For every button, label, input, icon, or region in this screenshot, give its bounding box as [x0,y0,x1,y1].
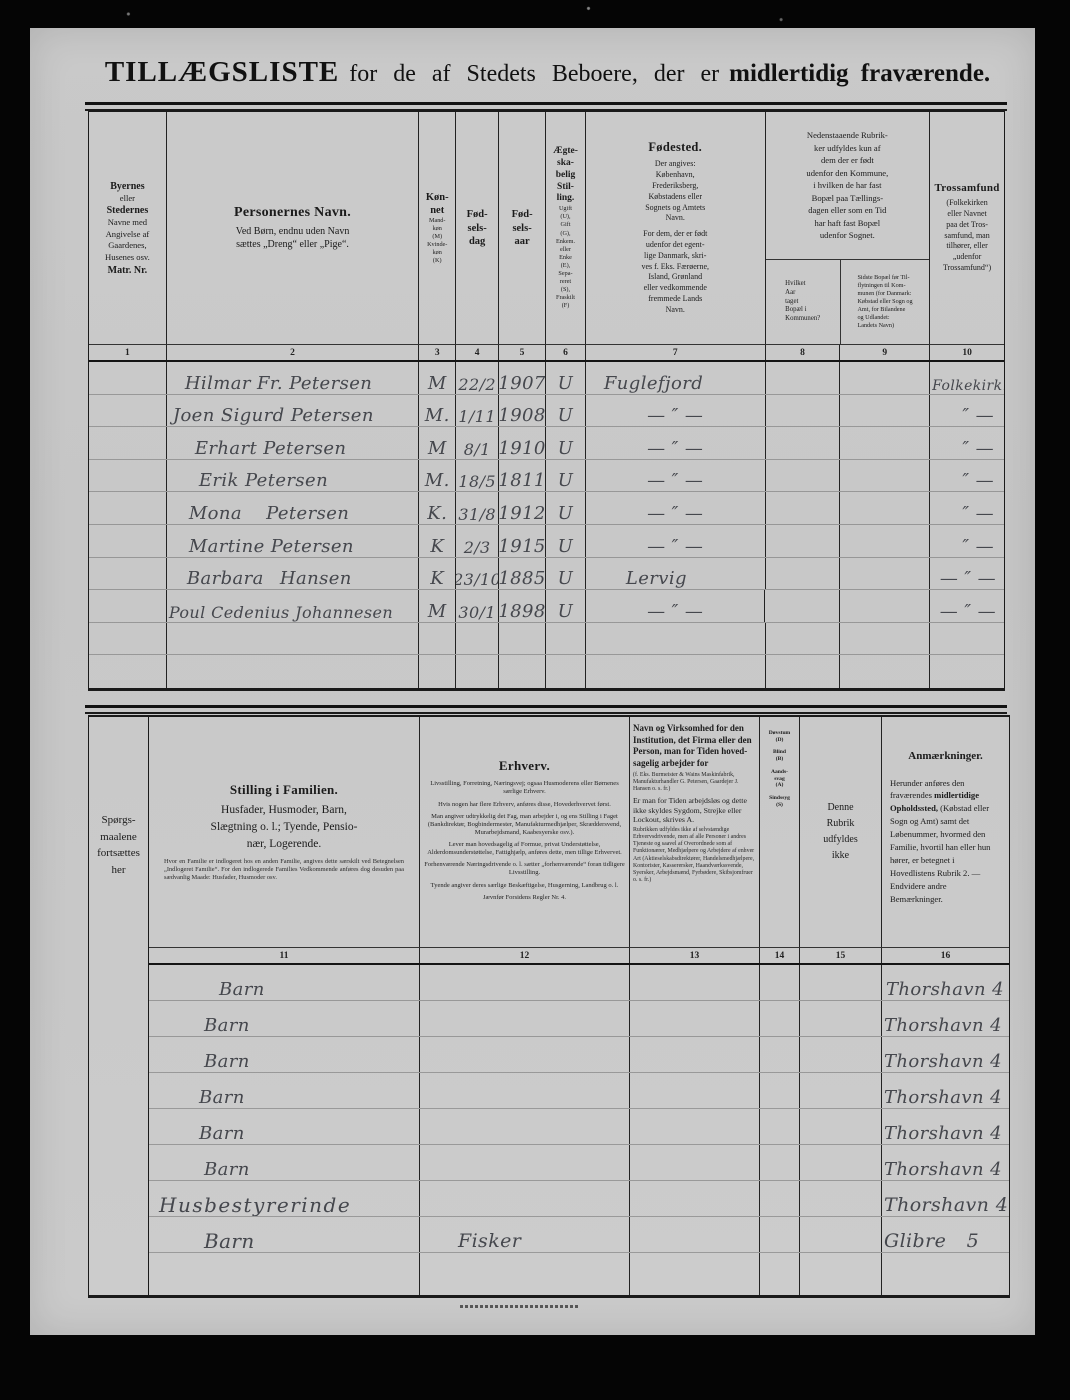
header-place-stedernes: Stedernes [107,204,149,217]
section-divider-rule [85,705,1007,714]
cell-res-last [839,362,929,394]
cell-disability [759,965,799,1000]
cell-position: Barn [149,1073,419,1108]
header-sex: Køn- net Mand- køn (M) Kvinde- køn (K) [418,112,455,344]
cell-faith: — ″ — [929,590,1004,622]
colnum-11: 11 [149,948,419,963]
cell-unused [799,965,881,1000]
cell-occupation [419,1145,629,1180]
cell-remark: Thorshavn 4 [881,1037,1009,1072]
cell-name: Hilmar Fr. Petersen [166,362,418,394]
table-row: Barn Thorshavn 4 [149,1145,1009,1181]
cell-day: 2/3 [455,525,498,557]
header-occupation-p2: Hvis nogen har flere Erhverv, anføres di… [438,801,611,809]
paper-sheet: TILLÆGSLISTE for de af Stedets Beboere, … [30,28,1035,1335]
header-place-matrnr: Matr. Nr. [108,264,148,277]
cell-unused [799,1109,881,1144]
cell-year: 1908 [498,395,545,427]
cell-empty [498,623,545,655]
colnum-13: 13 [629,948,759,963]
cell-place [89,460,166,492]
cell-birthplace: Lervig [585,558,765,590]
cell-res-last [839,395,929,427]
cell-empty [839,655,929,688]
header-employer-intro: Navn og Virksomhed for den Institution, … [633,723,756,770]
cell-sex: M. [418,395,455,427]
cell-year: 1898 [498,590,545,622]
cell-status: U [545,558,585,590]
top-table-column-numbers: 1 2 3 4 5 6 7 8 9 10 [89,344,1004,362]
cell-remark: Thorshavn 4 [881,1109,1009,1144]
cell-occupation [419,1001,629,1036]
title-tail: midlertidig fraværende. [729,60,990,87]
cell-occupation [419,1109,629,1144]
cell-remark: Thorshavn 4 [881,965,1009,1000]
cell-unused [799,1001,881,1036]
cell-name: Barbara Hansen [166,558,418,590]
top-table-header: Byernes eller Stedernes Navne med Angive… [89,112,1004,344]
remarks-body-post: (Købstad eller Sogn og Amt) samt det Løb… [890,803,990,903]
cell-res-year [765,362,840,394]
cell-occupation [419,1181,629,1216]
cell-birthplace: — ″ — [585,590,765,622]
cell-place [89,590,166,622]
cell-name: Joen Sigurd Petersen [166,395,418,427]
cell-birthplace: — ″ — [585,492,765,524]
cell-position: Barn [149,1001,419,1036]
cell-disability [759,1217,799,1252]
cell-status: U [545,427,585,459]
table-row-empty [89,655,1004,688]
header-occupation-title: Erhverv. [499,758,550,774]
colnum-3: 3 [418,345,455,360]
header-remarks-body: Herunder anføres den fraværendes midlert… [885,777,1006,906]
cell-status: U [545,525,585,557]
title-lead: TILLÆGSLISTE [105,56,339,88]
cell-position: Barn [149,1037,419,1072]
scanned-census-page: TILLÆGSLISTE for de af Stedets Beboere, … [0,0,1070,1400]
header-name: Personernes Navn. Ved Børn, endnu uden N… [166,112,418,344]
cell-empty [759,1253,799,1295]
cell-name: Mona Petersen [166,492,418,524]
header-remarks: Anmærkninger. Herunder anføres den fravæ… [881,717,1009,947]
header-sex-sub: Mand- køn (M) Kvinde- køn (K) [427,217,447,265]
cell-year: 1907 [498,362,545,394]
cell-disability [759,1037,799,1072]
cell-employer [629,1145,759,1180]
header-name-title: Personernes Navn. [234,205,351,221]
header-disability-insane: Sindssyg (S) [769,795,790,808]
cell-birthplace: — ″ — [585,525,765,557]
header-birthplace-title: Fødested. [648,140,702,155]
table-row-empty [149,1253,1009,1295]
colnum-8: 8 [765,345,840,360]
cell-empty [881,1253,1009,1295]
table-row: Husbestyrerinde Thorshavn 4 [149,1181,1009,1217]
table-row-empty [89,623,1004,656]
cell-disability [759,1109,799,1144]
cell-empty [585,623,765,655]
cell-year: 1811 [498,460,545,492]
cell-position: Barn [149,1145,419,1180]
cell-empty [765,655,840,688]
cell-day: 30/1 [455,590,498,622]
table-row: Joen Sigurd Petersen M. 1/11 1908 U — ″ … [89,395,1004,428]
header-occupation-p4: Lever man hovedsagelig af Formue, privat… [423,841,626,857]
header-residence-last: Sidste Bopæl før Til- flytningen til Kom… [840,260,929,344]
colnum-6: 6 [545,345,585,360]
cell-empty [89,655,166,688]
cell-birthplace: Fuglefjord [585,362,765,394]
cell-place [89,395,166,427]
cell-sex: K [418,558,455,590]
cell-res-last [839,492,929,524]
cell-empty [929,623,1004,655]
cell-remark: Thorshavn 4 [881,1001,1009,1036]
cell-sex: M [418,362,455,394]
cell-sex: M [418,590,455,622]
cell-employer [629,1109,759,1144]
cell-occupation [419,1037,629,1072]
cell-sex: M. [418,460,455,492]
cell-name: Erhart Petersen [166,427,418,459]
colnum-15: 15 [799,948,881,963]
cell-res-year [765,460,840,492]
header-place-byernes: Byernes [110,180,144,193]
cell-unused [799,1217,881,1252]
cell-empty [418,623,455,655]
header-remarks-title: Anmærkninger. [908,750,982,762]
table-row: Barn Thorshavn 4 [149,1109,1009,1145]
title-middle: for de af Stedets Beboere, der er [343,61,725,87]
cell-status: U [545,590,585,622]
cell-employer [629,1037,759,1072]
header-birthday-title: Fød- sels- dag [467,208,488,247]
header-faith-sub: (Folkekirken eller Navnet paa det Tros- … [943,198,991,274]
cell-place [89,558,166,590]
cell-occupation [419,965,629,1000]
header-residence-note: Nedenstaaende Rubrik- ker udfyldes kun a… [766,112,930,260]
cell-res-last [839,460,929,492]
colnum-12: 12 [419,948,629,963]
header-employer-fine2: Rubrikken udfyldes ikke af selvstændige … [633,827,756,884]
table-row: Barn Fisker Glibre 5 [149,1217,1009,1253]
cell-place [89,362,166,394]
cell-birthplace: — ″ — [585,395,765,427]
colnum-5: 5 [498,345,545,360]
page-title: TILLÆGSLISTE for de af Stedets Beboere, … [85,56,1010,89]
cell-unused [799,1181,881,1216]
bottom-table: Spørgs- maalene fortsættes her Stilling … [88,715,1010,1298]
cell-res-last [839,590,929,622]
cell-res-year [765,492,840,524]
header-occupation-p1: Livsstilling, Forretning, Næringsvej; og… [423,780,626,796]
header-birthplace: Fødested. Der angives: København, Freder… [585,112,765,344]
header-unused-text: Denne Rubrik udfyldes ikke [823,800,857,864]
cell-day: 31/8 [455,492,498,524]
cell-disability [759,1001,799,1036]
cell-empty [498,655,545,688]
cell-empty [455,655,498,688]
table-row: Mona Petersen K. 31/8 1912 U — ″ — ″ — [89,492,1004,525]
cell-position: Barn [149,1109,419,1144]
cell-name: Martine Petersen [166,525,418,557]
table-row: Erik Petersen M. 18/5 1811 U — ″ — ″ — [89,460,1004,493]
bottom-table-header: Stilling i Familien. Husfader, Husmoder,… [149,717,1009,947]
header-marital: Ægte- ska- belig Stil- ling. Ugift (U), … [545,112,585,344]
cell-sex: K. [418,492,455,524]
header-marital-title: Ægte- ska- belig Stil- ling. [553,146,578,205]
cell-day: 22/2 [455,362,498,394]
cell-place [89,427,166,459]
header-place-note: Navne med Angivelse af Gaardenes, Husene… [105,217,150,263]
header-disability-feebleminded: Aands- svag (A) [771,769,788,789]
cell-day: 18/5 [455,460,498,492]
cell-faith: ″ — [929,492,1004,524]
header-birthplace-sub1: Der angives: København, Frederiksberg, K… [645,159,705,224]
header-family-position-title: Stilling i Familien. [230,782,338,798]
header-faith: Trossamfund (Folkekirken eller Navnet pa… [929,112,1004,344]
cell-employer [629,1181,759,1216]
cell-res-year [764,590,839,622]
cell-empty [585,655,765,688]
header-name-sub: Ved Børn, endnu uden Navn sættes „Dreng“… [236,225,350,252]
cell-empty [629,1253,759,1295]
cell-remark: Thorshavn 4 [881,1073,1009,1108]
header-family-position-fine: Hvor en Familie er indlogeret hos en and… [152,858,416,882]
header-family-position: Stilling i Familien. Husfader, Husmoder,… [149,717,419,947]
header-employer-mid: Er man for Tiden arbejdsløs og dette ikk… [633,796,756,825]
header-unused-column: Denne Rubrik udfyldes ikke [799,717,881,947]
cell-faith: Folkekirk. [929,362,1004,394]
cell-remark: Thorshavn 4 [881,1181,1009,1216]
cell-disability [759,1181,799,1216]
colnum-4: 4 [455,345,498,360]
header-place-eller: eller [120,193,135,205]
cell-empty [149,1253,419,1295]
cell-employer [629,965,759,1000]
cell-status: U [545,492,585,524]
cell-employer [629,1001,759,1036]
cell-sex: K [418,525,455,557]
cell-year: 1915 [498,525,545,557]
cell-year: 1910 [498,427,545,459]
colnum-2: 2 [166,345,418,360]
colnum-10: 10 [929,345,1004,360]
table-row: Barn Thorshavn 4 [149,965,1009,1001]
cell-res-last [839,558,929,590]
colnum-1: 1 [89,345,166,360]
cell-place [89,525,166,557]
top-table: Byernes eller Stedernes Navne med Angive… [88,110,1005,691]
header-disability-deafmute: Døvstum (D) [769,730,790,743]
cell-position: Husbestyrerinde [149,1181,419,1216]
cell-unused [799,1073,881,1108]
header-residence-year: Hvilket Aar taget Bopæl i Kommunen? [766,260,840,344]
header-faith-title: Trossamfund [934,182,999,194]
header-sex-title: Køn- net [426,191,449,217]
header-occupation-p3: Man angiver udtrykkelig det Fag, man arb… [423,813,626,837]
header-occupation-p6: Tyende angiver deres særlige Beskæftigel… [431,882,619,890]
table-row: Martine Petersen K 2/3 1915 U — ″ — ″ — [89,525,1004,558]
bottom-table-column-numbers: 11 12 13 14 15 16 [149,947,1009,965]
cell-occupation [419,1073,629,1108]
cell-empty [419,1253,629,1295]
cell-unused [799,1037,881,1072]
header-occupation-p5: Forhenværende Næringsdrivende o. l. sætt… [423,861,626,877]
cell-day: 1/11 [455,395,498,427]
cell-unused [799,1145,881,1180]
cell-empty [765,623,840,655]
side-label-text: Spørgs- maalene fortsættes her [97,812,140,878]
cell-disability [759,1073,799,1108]
header-occupation: Erhverv. Livsstilling, Forretning, Nærin… [419,717,629,947]
cell-day: 8/1 [455,427,498,459]
header-birthplace-sub2: For dem, der er født udenfor det egent- … [641,229,709,315]
cell-position: Barn [149,965,419,1000]
cell-year: 1885 [498,558,545,590]
cell-empty [799,1253,881,1295]
cell-res-last [839,427,929,459]
cell-faith: ″ — [929,525,1004,557]
cell-empty [166,623,418,655]
cell-res-year [765,558,840,590]
cell-status: U [545,362,585,394]
cell-res-year [765,427,840,459]
table-row: Barbara Hansen K 23/10 1885 U Lervig — ″… [89,558,1004,591]
table-row: Barn Thorshavn 4 [149,1001,1009,1037]
cell-year: 1912 [498,492,545,524]
header-family-position-main: Husfader, Husmoder, Barn, Slægtning o. l… [211,802,358,854]
cell-empty [839,623,929,655]
cell-faith: ″ — [929,460,1004,492]
cell-day: 23/10 [455,558,498,590]
header-employer-fine1: (f. Eks. Burmeister & Wains Maskinfabrik… [633,772,756,793]
cell-sex: M [418,427,455,459]
header-occupation-p7: Jævnfør Forsidens Regler Nr. 4. [483,894,566,902]
cell-empty [89,623,166,655]
table-row: Barn Thorshavn 4 [149,1073,1009,1109]
cell-empty [418,655,455,688]
cell-empty [455,623,498,655]
header-birthyear: Fød- sels- aar [498,112,545,344]
cell-position: Barn [149,1217,419,1252]
header-residence-group: Nedenstaaende Rubrik- ker udfyldes kun a… [765,112,930,344]
cell-employer [629,1073,759,1108]
colnum-14: 14 [759,948,799,963]
colnum-7: 7 [585,345,765,360]
header-place: Byernes eller Stedernes Navne med Angive… [89,112,166,344]
side-label-column: Spørgs- maalene fortsættes her [89,717,148,1295]
cell-res-year [765,395,840,427]
table-row: Erhart Petersen M 8/1 1910 U — ″ — ″ — [89,427,1004,460]
cell-name: Poul Cedenius Johannesen [166,590,418,622]
cell-disability [759,1145,799,1180]
cell-faith: ″ — [929,395,1004,427]
colnum-9: 9 [839,345,929,360]
cell-employer [629,1217,759,1252]
cell-occupation: Fisker [419,1217,629,1252]
cell-empty [545,623,585,655]
cell-empty [545,655,585,688]
cell-empty [929,655,1004,688]
cell-status: U [545,395,585,427]
header-disabilities: Døvstum (D) Blind (B) Aands- svag (A) Si… [759,717,799,947]
bottom-table-body: Stilling i Familien. Husfader, Husmoder,… [148,717,1009,1295]
table-row: Hilmar Fr. Petersen M 22/2 1907 U Fuglef… [89,362,1004,395]
cell-empty [166,655,418,688]
printer-mark [460,1305,580,1308]
table-row: Barn Thorshavn 4 [149,1037,1009,1073]
header-marital-sub: Ugift (U), Gift (G), Enkem. eller Enke (… [556,205,575,310]
cell-remark: Thorshavn 4 [881,1145,1009,1180]
cell-birthplace: — ″ — [585,427,765,459]
colnum-16: 16 [881,948,1009,963]
cell-name: Erik Petersen [166,460,418,492]
cell-place [89,492,166,524]
header-birthyear-title: Fød- sels- aar [512,208,533,247]
header-birthday: Fød- sels- dag [455,112,498,344]
header-employer: Navn og Virksomhed for den Institution, … [629,717,759,947]
cell-birthplace: — ″ — [585,460,765,492]
cell-faith: — ″ — [929,558,1004,590]
cell-status: U [545,460,585,492]
cell-faith: ″ — [929,427,1004,459]
table-row: Poul Cedenius Johannesen M 30/1 1898 U —… [89,590,1004,623]
cell-res-year [765,525,840,557]
cell-remark: Glibre 5 [881,1217,1009,1252]
cell-res-last [839,525,929,557]
header-disability-blind: Blind (B) [773,749,786,762]
